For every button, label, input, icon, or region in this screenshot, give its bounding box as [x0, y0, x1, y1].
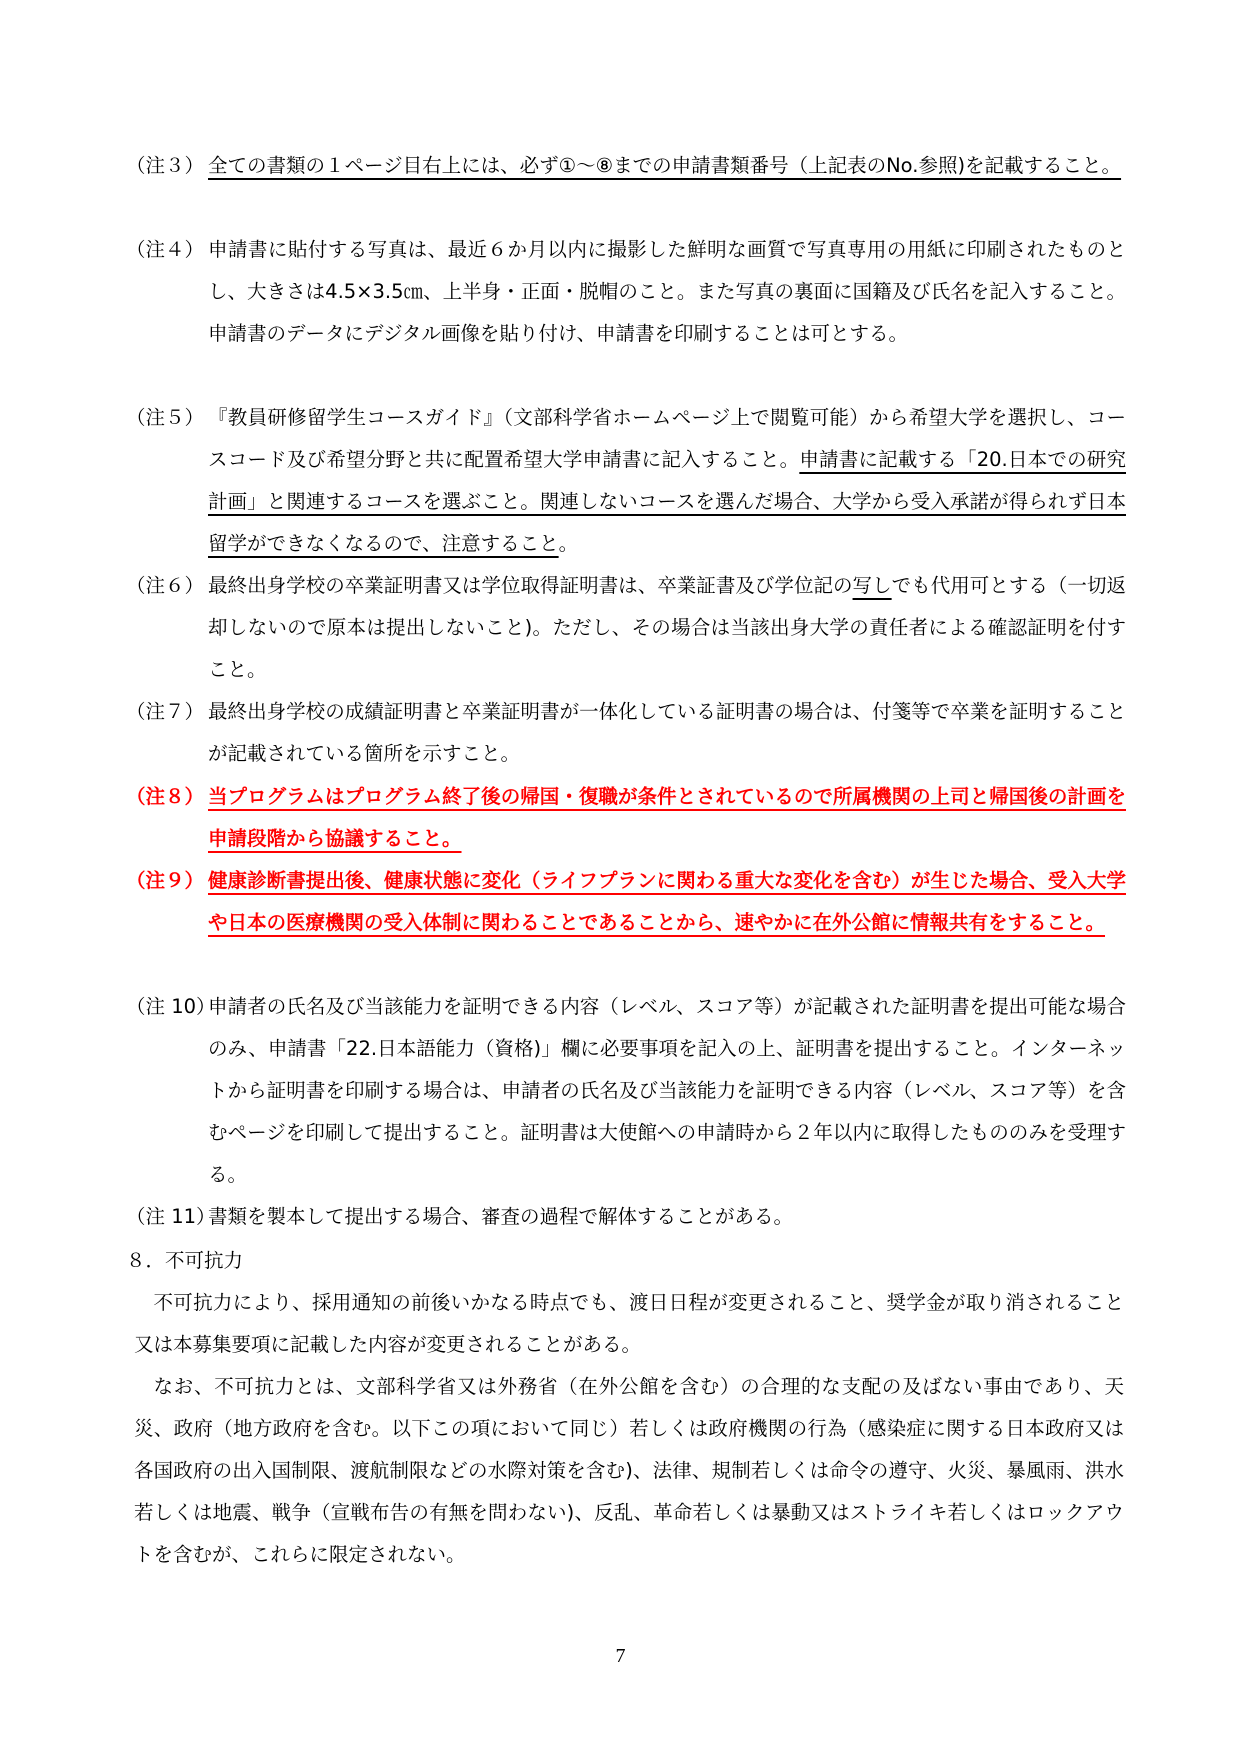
note-body: 全ての書類の１ページ目右上には、必ず①～⑧までの申請書類番号（上記表のNo.参照…	[208, 145, 1126, 187]
note-text: 。	[559, 532, 579, 555]
note-body: 申請者の氏名及び当該能力を証明できる内容（レベル、スコア等）が記載された証明書を…	[208, 986, 1126, 1196]
note-body: 『教員研修留学生コースガイド』（文部科学省ホームページ上で閲覧可能）から希望大学…	[208, 397, 1126, 565]
note-text: 申請書に貼付する写真は、最近６か月以内に撮影した鮮明な画質で写真専用の用紙に印刷…	[208, 238, 1126, 345]
note-11: （注 11） 書類を製本して提出する場合、審査の過程で解体することがある。	[126, 1196, 1126, 1238]
note-body: 最終出身学校の成績証明書と卒業証明書が一体化している証明書の場合は、付箋等で卒業…	[208, 691, 1126, 775]
note-label: （注６）	[126, 565, 204, 607]
note-label: （注 11）	[126, 1196, 216, 1238]
note-text-underlined: 全ての書類の１ページ目右上には、必ず①～⑧までの申請書類番号（上記表のNo.参照…	[208, 154, 1121, 177]
note-label: （注４）	[126, 229, 204, 271]
note-7: （注７） 最終出身学校の成績証明書と卒業証明書が一体化している証明書の場合は、付…	[126, 691, 1126, 775]
note-label: （注７）	[126, 691, 204, 733]
note-label: （注５）	[126, 397, 204, 439]
note-text: 最終出身学校の成績証明書と卒業証明書が一体化している証明書の場合は、付箋等で卒業…	[208, 700, 1126, 765]
note-3: （注３） 全ての書類の１ページ目右上には、必ず①～⑧までの申請書類番号（上記表の…	[126, 145, 1126, 187]
note-label: （注３）	[126, 145, 204, 187]
note-text: 書類を製本して提出する場合、審査の過程で解体することがある。	[208, 1205, 793, 1228]
note-4: （注４） 申請書に貼付する写真は、最近６か月以内に撮影した鮮明な画質で写真専用の…	[126, 229, 1126, 355]
note-text-underlined: 健康診断書提出後、健康状態に変化（ライフプランに関わる重大な変化を含む）が生じた…	[208, 869, 1126, 934]
note-body: 健康診断書提出後、健康状態に変化（ライフプランに関わる重大な変化を含む）が生じた…	[208, 860, 1126, 944]
note-text: 申請者の氏名及び当該能力を証明できる内容（レベル、スコア等）が記載された証明書を…	[208, 995, 1126, 1186]
note-5: （注５） 『教員研修留学生コースガイド』（文部科学省ホームページ上で閲覧可能）か…	[126, 397, 1126, 565]
note-text-underlined: 当プログラムはプログラム終了後の帰国・復職が条件とされているので所属機関の上司と…	[208, 785, 1126, 850]
note-body: 当プログラムはプログラム終了後の帰国・復職が条件とされているので所属機関の上司と…	[208, 776, 1126, 860]
note-9-highlighted: （注９） 健康診断書提出後、健康状態に変化（ライフプランに関わる重大な変化を含む…	[126, 860, 1126, 944]
note-body: 申請書に貼付する写真は、最近６か月以内に撮影した鮮明な画質で写真専用の用紙に印刷…	[208, 229, 1126, 355]
note-label: （注 10）	[126, 986, 216, 1028]
note-10: （注 10） 申請者の氏名及び当該能力を証明できる内容（レベル、スコア等）が記載…	[126, 986, 1126, 1196]
document-page: （注３） 全ての書類の１ページ目右上には、必ず①～⑧までの申請書類番号（上記表の…	[0, 0, 1241, 1754]
note-6: （注６） 最終出身学校の卒業証明書又は学位取得証明書は、卒業証書及び学位記の写し…	[126, 565, 1126, 691]
note-body: 最終出身学校の卒業証明書又は学位取得証明書は、卒業証書及び学位記の写しでも代用可…	[208, 565, 1126, 691]
section-paragraph: 不可抗力により、採用通知の前後いかなる時点でも、渡日日程が変更されること、奨学金…	[134, 1282, 1124, 1366]
page-number: 7	[0, 1645, 1241, 1668]
section-paragraph: なお、不可抗力とは、文部科学省又は外務省（在外公館を含む）の合理的な支配の及ばな…	[134, 1366, 1124, 1576]
note-text: 最終出身学校の卒業証明書又は学位取得証明書は、卒業証書及び学位記の	[208, 574, 853, 597]
note-8-highlighted: （注８） 当プログラムはプログラム終了後の帰国・復職が条件とされているので所属機…	[126, 776, 1126, 860]
note-body: 書類を製本して提出する場合、審査の過程で解体することがある。	[208, 1196, 1126, 1238]
note-label: （注９）	[126, 860, 204, 902]
section-heading-force-majeure: ８．不可抗力	[126, 1240, 243, 1282]
note-label: （注８）	[126, 776, 204, 818]
note-text-underlined: 写し	[853, 574, 892, 597]
